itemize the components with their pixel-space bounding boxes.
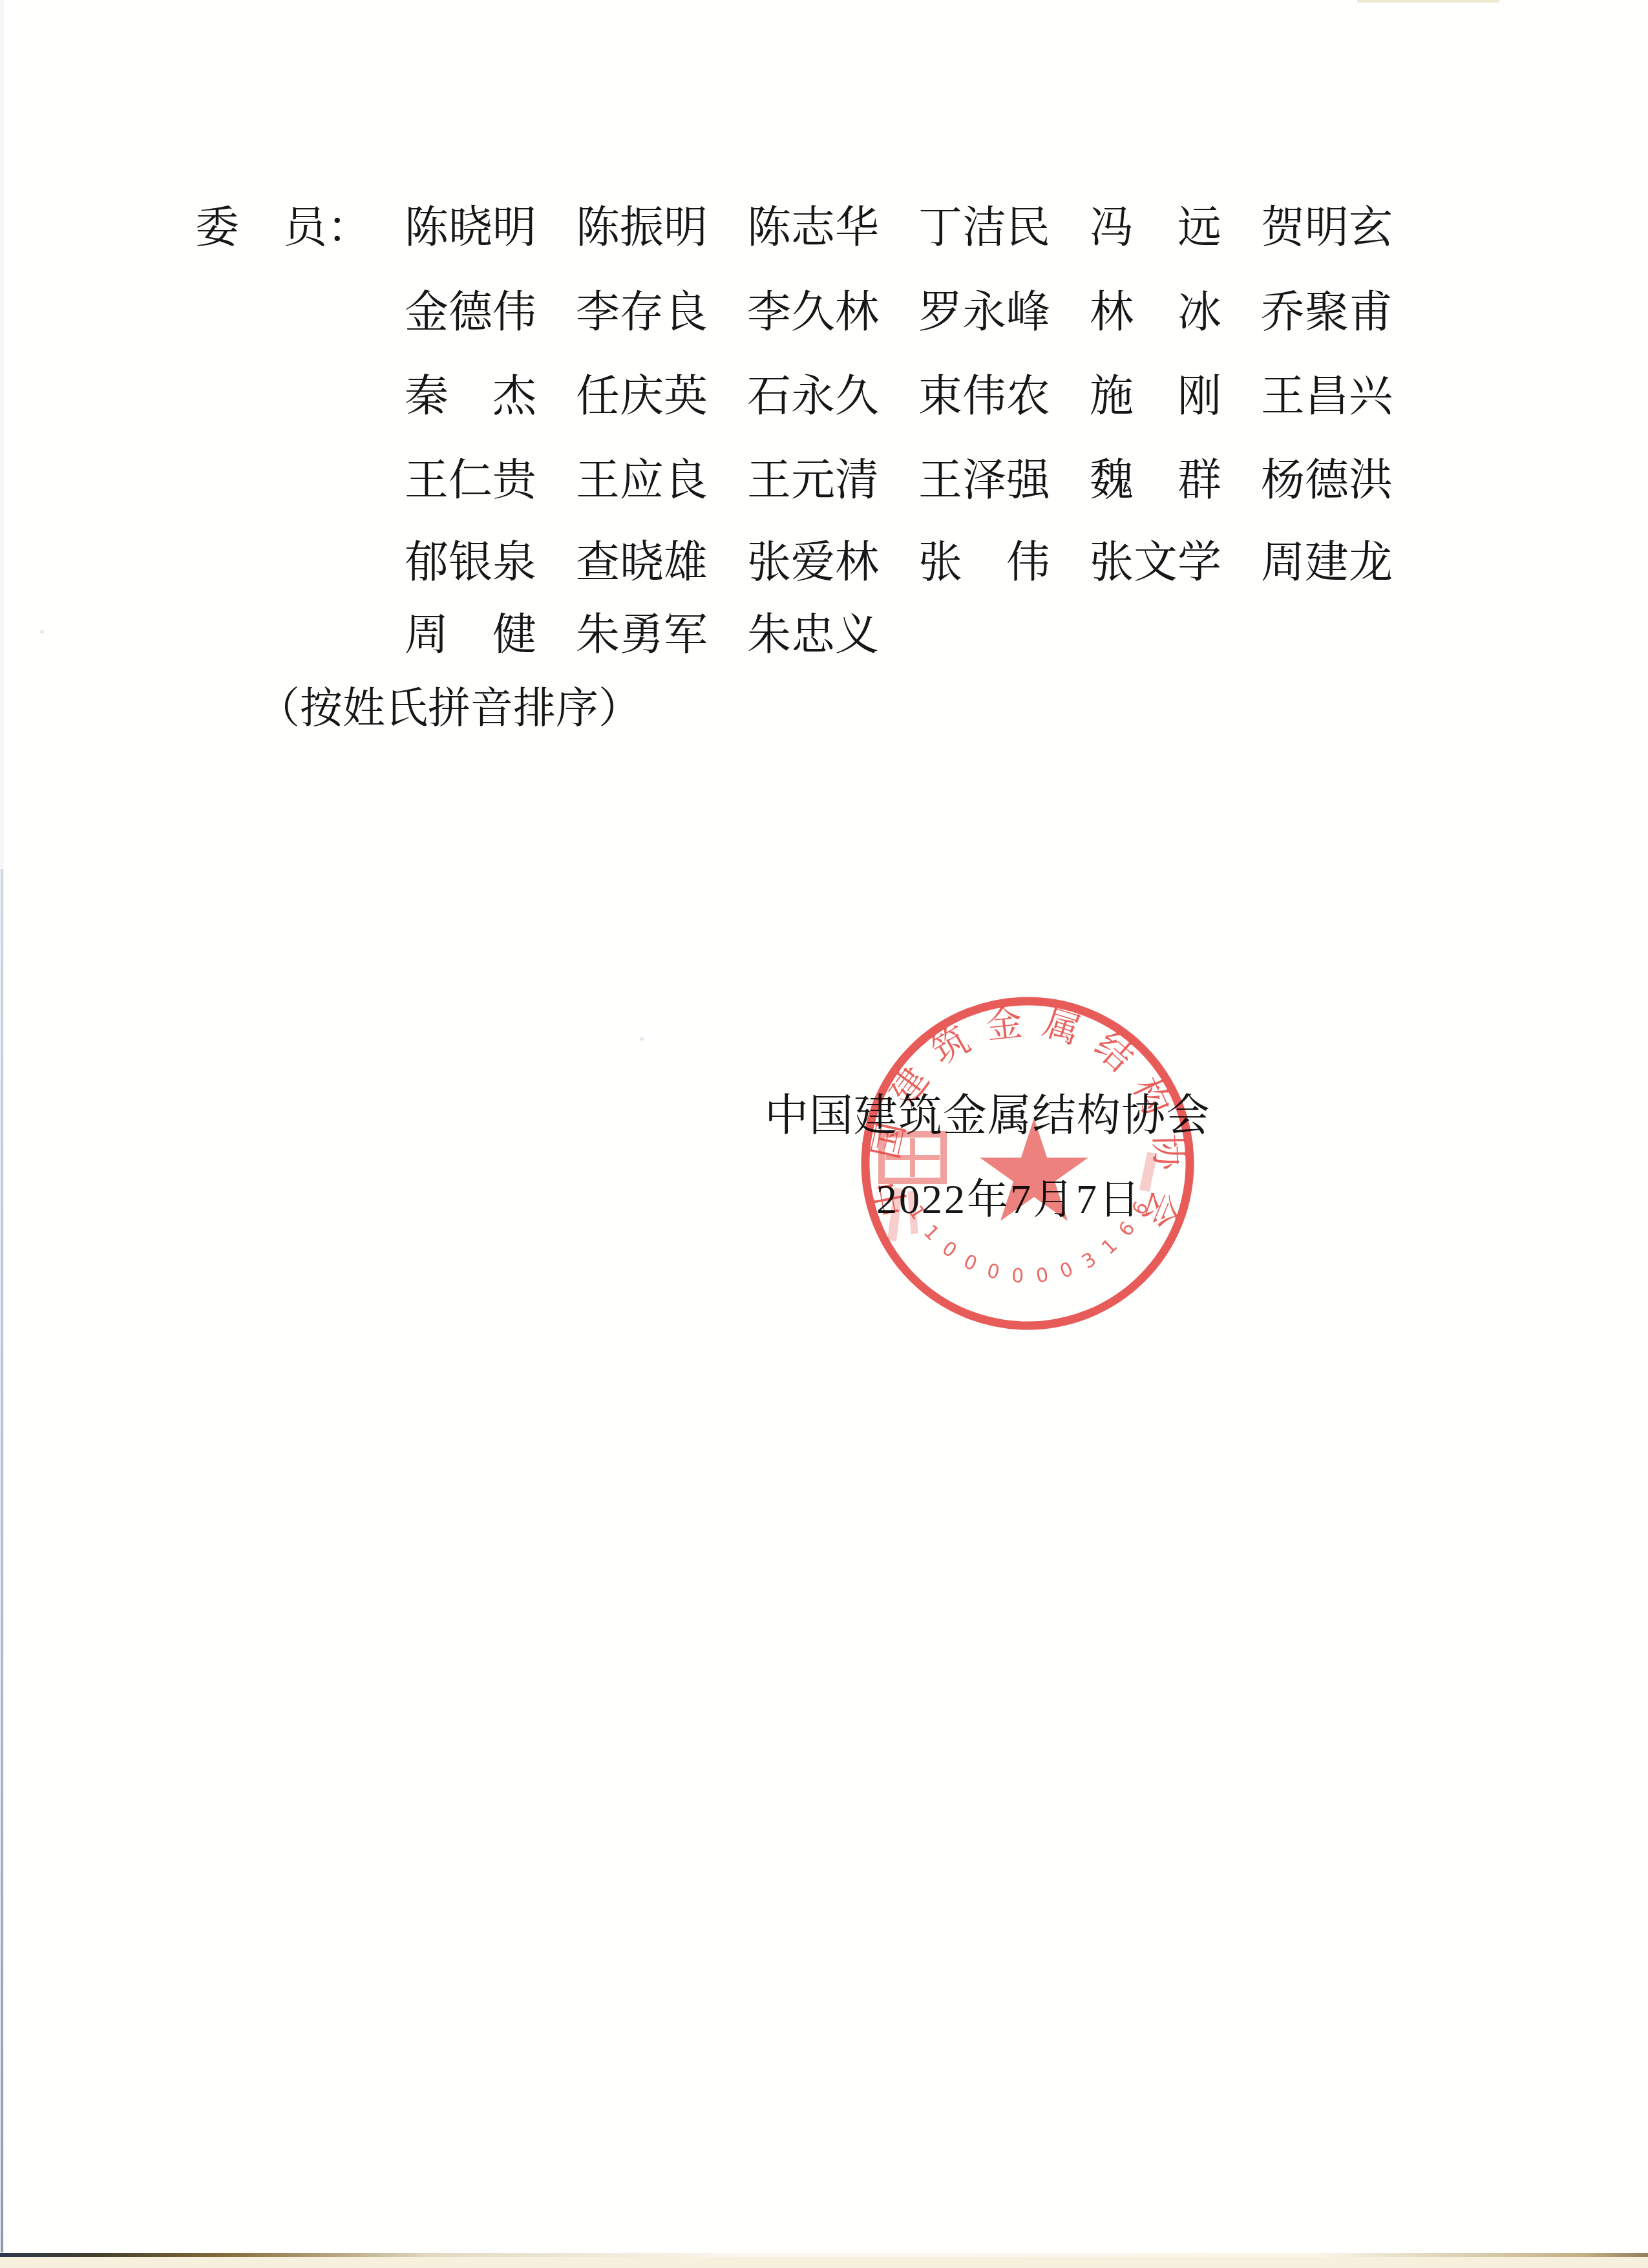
member-name: 张 伟: [918, 540, 1050, 584]
signature-organization: 中国建筑金属结构协会: [765, 1094, 1210, 1138]
member-name: 王元清: [747, 458, 879, 502]
scan-speck: [630, 475, 634, 478]
official-red-seal: 中国建筑金属结构协会 1100000031669: [855, 991, 1200, 1336]
scan-left-edge-line: [1, 869, 3, 2252]
member-name: 石永久: [747, 374, 879, 418]
member-name: 陈志华: [747, 206, 879, 249]
member-name: 王昌兴: [1261, 374, 1393, 418]
member-name: 冯 远: [1090, 206, 1221, 249]
member-name: 林 冰: [1090, 290, 1221, 334]
member-name: 查晓雄: [576, 540, 708, 584]
scan-bottom-edge-band: [0, 2257, 1648, 2268]
seal-graphic: 中国建筑金属结构协会 1100000031669: [855, 991, 1200, 1336]
member-name: 任庆英: [576, 374, 708, 418]
member-name: 魏 群: [1090, 458, 1221, 502]
member-name: 李久林: [747, 290, 879, 334]
scanned-document-page: 委 员： 陈晓明 陈振明 陈志华 丁洁民 冯 远 贺明玄 金德伟 李存良 李久林…: [0, 0, 1648, 2268]
member-name: 郁银泉: [405, 540, 536, 584]
signature-date: 2022年7月7日: [876, 1179, 1142, 1220]
member-name: 罗永峰: [918, 290, 1050, 334]
seal-square-smudge: [882, 1134, 944, 1181]
member-name: 周建龙: [1261, 540, 1393, 584]
scan-speck: [640, 1037, 644, 1041]
member-name: 贺明玄: [1261, 206, 1393, 249]
member-name: 张爱林: [747, 540, 879, 584]
pinyin-sort-note: （按姓氏拼音排序）: [257, 688, 641, 730]
member-name: 王仁贵: [405, 458, 536, 502]
member-name: 丁洁民: [918, 206, 1050, 249]
member-name: 朱忠义: [747, 613, 879, 657]
member-name: 王应良: [576, 458, 708, 502]
member-name: 周 健: [405, 613, 536, 657]
member-name: 乔聚甫: [1261, 290, 1393, 334]
scan-speck: [40, 630, 44, 633]
member-name: 束伟农: [918, 374, 1050, 418]
member-name: 王泽强: [918, 458, 1050, 502]
committee-label: 委 员：: [195, 206, 371, 249]
member-name: 施 刚: [1090, 374, 1221, 418]
scan-top-edge-line: [1357, 0, 1499, 3]
member-name: 秦 杰: [405, 374, 536, 418]
member-name: 李存良: [576, 290, 708, 334]
member-name: 陈振明: [576, 206, 708, 249]
seal-ring: [865, 1001, 1190, 1326]
member-name: 张文学: [1090, 540, 1221, 584]
member-name: 金德伟: [405, 290, 536, 334]
member-name: 朱勇军: [576, 613, 708, 657]
member-name: 杨德洪: [1261, 458, 1393, 502]
member-name: 陈晓明: [405, 206, 536, 249]
